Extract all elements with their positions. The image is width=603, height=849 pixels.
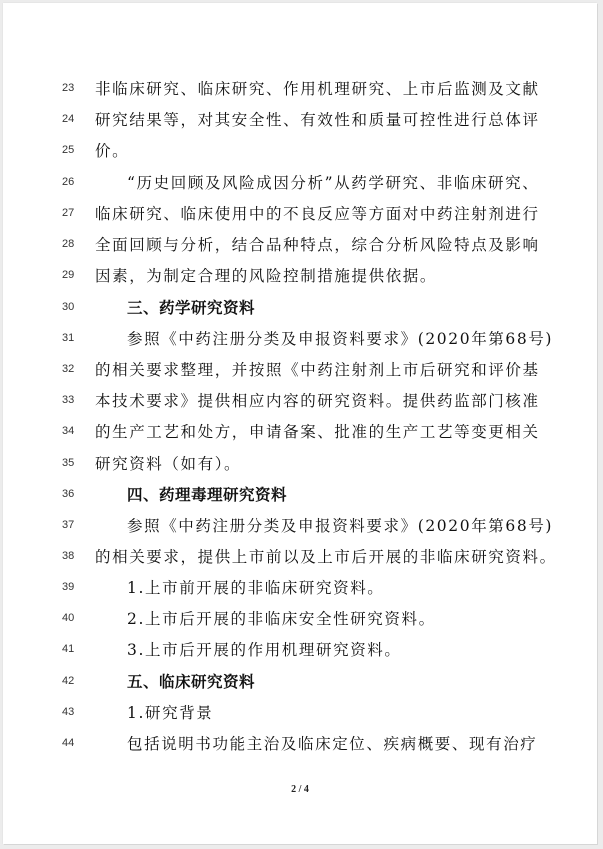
line-text: 2.上市后开展的非临床安全性研究资料。 [127,604,436,634]
line-text: 全面回顾与分析，结合品种特点，综合分析风险特点及影响 [95,230,540,260]
section-heading: 三、药学研究资料 [127,293,255,323]
document-line: 413.上市后开展的作用机理研究资料。 [3,635,597,665]
line-number: 30 [62,301,74,313]
line-text: 的生产工艺和处方，申请备案、批准的生产工艺等变更相关 [95,417,540,447]
line-text: 参照《中药注册分类及申报资料要求》(2020年第68号) [127,511,553,541]
document-line: 28全面回顾与分析，结合品种特点，综合分析风险特点及影响 [3,230,597,260]
document-line: 35研究资料（如有）。 [3,449,597,479]
line-text: 1.上市前开展的非临床研究资料。 [127,573,384,603]
section-heading: 四、药理毒理研究资料 [127,480,287,510]
page-number: 2 / 4 [3,784,597,795]
line-text: 3.上市后开展的作用机理研究资料。 [127,635,402,665]
document-line: 33本技术要求》提供相应内容的研究资料。提供药监部门核准 [3,386,597,416]
line-number: 40 [62,612,74,624]
line-number: 26 [62,176,74,188]
line-text: 参照《中药注册分类及申报资料要求》(2020年第68号) [127,324,553,354]
document-line: 36四、药理毒理研究资料 [3,480,597,510]
document-line: 25价。 [3,136,597,166]
line-number: 44 [62,737,74,749]
document-line: 23非临床研究、临床研究、作用机理研究、上市后监测及文献 [3,74,597,104]
line-number: 35 [62,457,74,469]
line-number: 33 [62,394,74,406]
line-number: 37 [62,519,74,531]
document-line: 37参照《中药注册分类及申报资料要求》(2020年第68号) [3,511,597,541]
document-line: 31参照《中药注册分类及申报资料要求》(2020年第68号) [3,324,597,354]
line-number: 42 [62,675,74,687]
line-text: 研究资料（如有）。 [95,449,241,479]
line-text: 本技术要求》提供相应内容的研究资料。提供药监部门核准 [95,386,540,416]
line-number: 38 [62,550,74,562]
document-line: 27临床研究、临床使用中的不良反应等方面对中药注射剂进行 [3,199,597,229]
line-number: 25 [62,144,74,156]
document-line: 38的相关要求，提供上市前以及上市后开展的非临床研究资料。 [3,542,597,572]
line-number: 41 [62,643,74,655]
document-line: 29因素，为制定合理的风险控制措施提供依据。 [3,261,597,291]
line-text: 的相关要求整理，并按照《中药注射剂上市后研究和评价基 [95,355,540,385]
line-text: 价。 [95,136,129,166]
line-number: 31 [62,332,74,344]
section-heading: 五、临床研究资料 [127,667,255,697]
document-line: 391.上市前开展的非临床研究资料。 [3,573,597,603]
line-number: 32 [62,363,74,375]
line-text: 包括说明书功能主治及临床定位、疾病概要、现有治疗 [127,729,537,759]
document-page: 23非临床研究、临床研究、作用机理研究、上市后监测及文献24研究结果等，对其安全… [3,3,597,844]
line-number: 23 [62,82,74,94]
document-line: 32的相关要求整理，并按照《中药注射剂上市后研究和评价基 [3,355,597,385]
line-text: 的相关要求，提供上市前以及上市后开展的非临床研究资料。 [95,542,557,572]
document-line: 26“历史回顾及风险成因分析”从药学研究、非临床研究、 [3,168,597,198]
document-line: 431.研究背景 [3,698,597,728]
document-line: 402.上市后开展的非临床安全性研究资料。 [3,604,597,634]
document-line: 24研究结果等，对其安全性、有效性和质量可控性进行总体评 [3,105,597,135]
line-number: 36 [62,488,74,500]
line-text: 因素，为制定合理的风险控制措施提供依据。 [95,261,437,291]
line-number: 24 [62,113,74,125]
line-number: 27 [62,207,74,219]
document-line: 44包括说明书功能主治及临床定位、疾病概要、现有治疗 [3,729,597,759]
document-line: 34的生产工艺和处方，申请备案、批准的生产工艺等变更相关 [3,417,597,447]
line-number: 43 [62,706,74,718]
line-text: “历史回顾及风险成因分析”从药学研究、非临床研究、 [127,168,539,198]
line-number: 29 [62,269,74,281]
line-number: 39 [62,581,74,593]
document-line: 30三、药学研究资料 [3,293,597,323]
line-number: 34 [62,425,74,437]
line-text: 临床研究、临床使用中的不良反应等方面对中药注射剂进行 [95,199,540,229]
document-line: 42五、临床研究资料 [3,667,597,697]
line-text: 研究结果等，对其安全性、有效性和质量可控性进行总体评 [95,105,540,135]
line-number: 28 [62,238,74,250]
line-text: 1.研究背景 [127,698,213,728]
line-text: 非临床研究、临床研究、作用机理研究、上市后监测及文献 [95,74,540,104]
